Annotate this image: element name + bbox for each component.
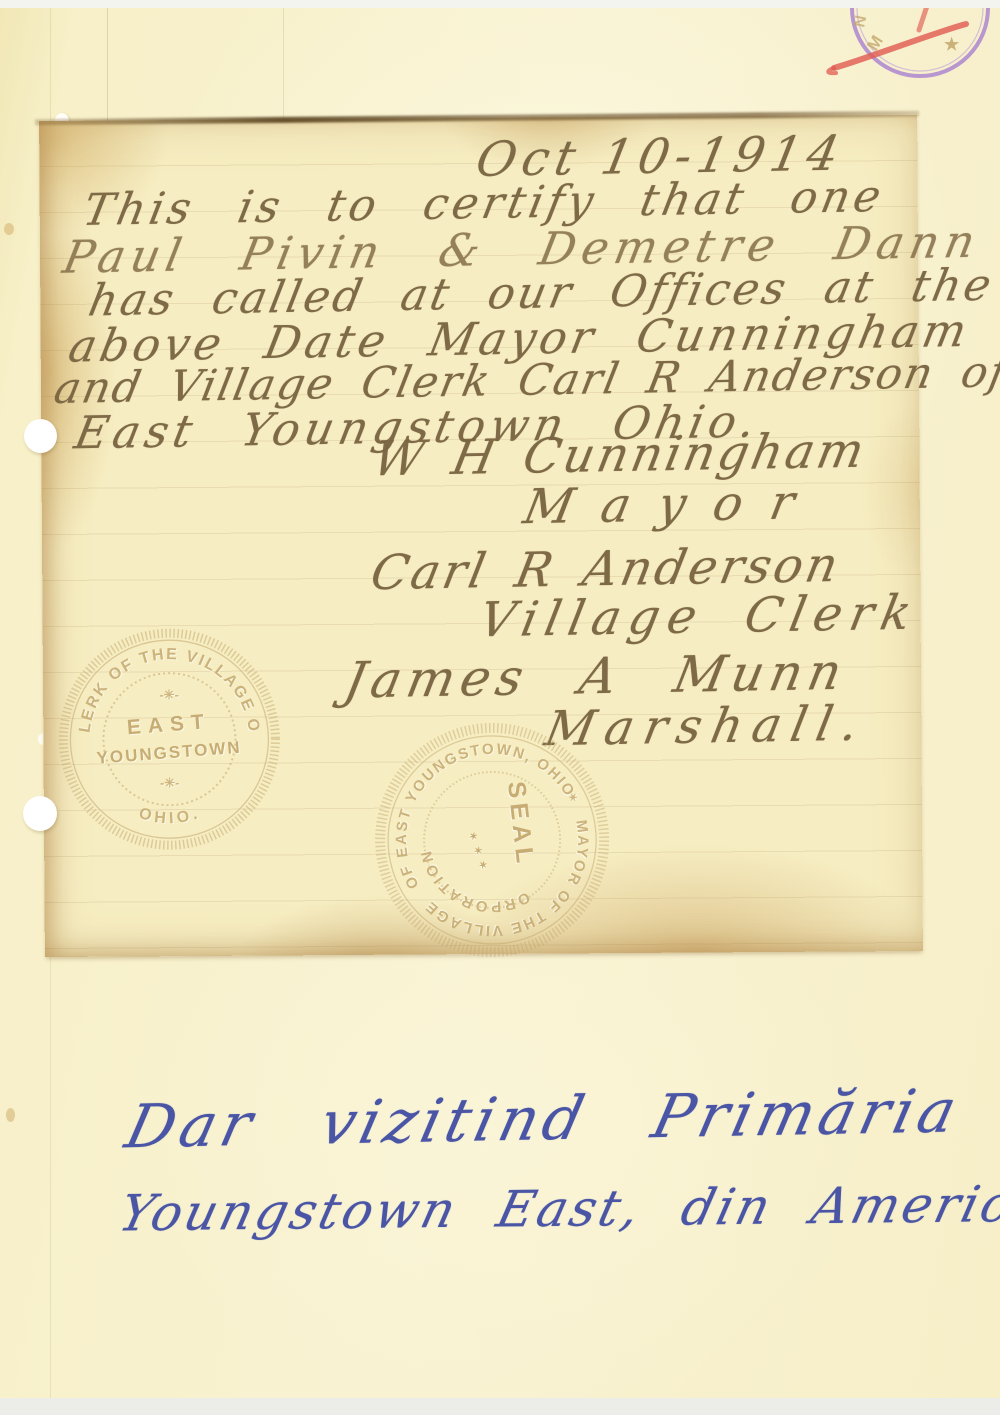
- seal-ring-star: ✶: [567, 791, 581, 806]
- scanned-document: M N E U ★ Oct 10-1914 This is to certify…: [0, 0, 1000, 1415]
- signature-title: Village Clerk: [475, 589, 923, 645]
- seal-center-word: SEAL: [502, 780, 539, 869]
- stamp-letter: N: [851, 14, 870, 29]
- paper-blemish: [4, 223, 14, 235]
- seal-ornament: -✳-: [160, 775, 180, 790]
- scanner-edge: [0, 1398, 1000, 1415]
- signature-title: Mayor: [520, 478, 827, 531]
- stamp-star-icon: ★: [944, 35, 960, 54]
- embossed-seal-clerk: CLERK OF THE VILLAGE OF OHIO. -✳- EAST Y…: [51, 620, 289, 858]
- seal-ring-text: OHIO.: [137, 805, 203, 828]
- seal-ornament: -✳-: [159, 687, 179, 702]
- svg-text:OHIO.: OHIO.: [137, 805, 203, 828]
- embossed-seal-mayor: OF EAST YOUNGSTOWN, OHIO. MAYOR OF THE V…: [366, 714, 618, 966]
- paper-blemish: [6, 1108, 15, 1122]
- scanner-edge: [0, 0, 1000, 8]
- punch-hole: [24, 419, 57, 453]
- punch-hole: [23, 796, 57, 831]
- purple-ink-stamp: M N E U ★: [818, 0, 1000, 90]
- certificate-note: Oct 10-1914 This is to certify that one …: [39, 115, 923, 957]
- annotation-line: Youngstown East, din America de Nord.: [114, 1176, 1000, 1239]
- seal-stars: ✶ ✶ ✶: [466, 831, 489, 873]
- seal-center-text: YOUNGSTOWN: [96, 738, 242, 768]
- seal-center-text: EAST: [126, 710, 212, 739]
